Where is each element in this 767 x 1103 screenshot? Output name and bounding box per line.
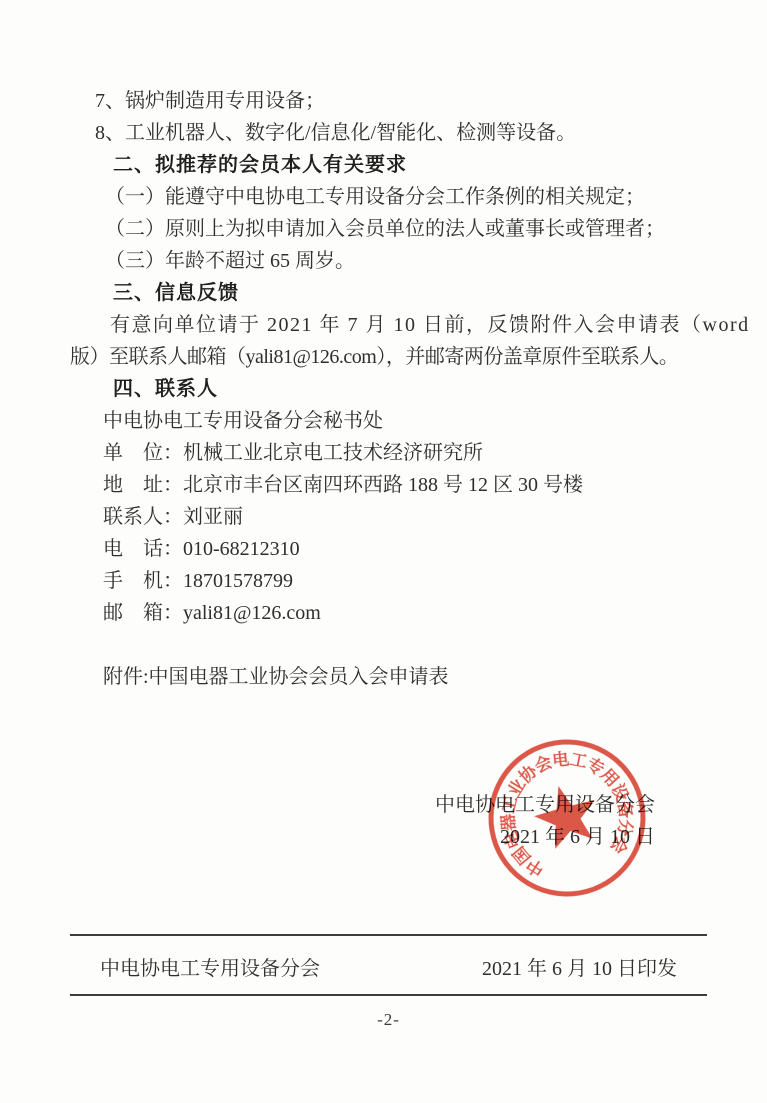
body-lines: 7、锅炉制造用专用设备；8、工业机器人、数字化/信息化/智能化、检测等设备。二、… <box>70 85 707 629</box>
footer-rule-bottom <box>70 994 707 996</box>
body-line-contact: 单 位：机械工业北京电工技术经济研究所 <box>70 437 707 469</box>
body-line-item: 8、工业机器人、数字化/信息化/智能化、检测等设备。 <box>70 117 707 149</box>
footer-print-date: 2021 年 6 月 10 日印发 <box>482 952 707 981</box>
body-line-heading: 四、联系人 <box>70 373 707 405</box>
seal-char: 器 <box>499 813 519 832</box>
body-line-item: 7、锅炉制造用专用设备； <box>70 85 707 117</box>
body-line-contact: 中电协电工专用设备分会秘书处 <box>70 405 707 437</box>
body-line-heading: 二、拟推荐的会员本人有关要求 <box>70 149 707 181</box>
body-line-flush: 版）至联系人邮箱（yali81@126.com），并邮寄两份盖章原件至联系人。 <box>70 341 707 373</box>
body-line-sub: （三）年龄不超过 65 周岁。 <box>70 245 707 277</box>
body-line-contact: 地 址：北京市丰台区南四环西路 188 号 12 区 30 号楼 <box>70 469 707 501</box>
body-line-para: 有意向单位请于 2021 年 7 月 10 日前，反馈附件入会申请表（word <box>70 309 707 341</box>
star-icon <box>528 778 604 852</box>
footer-row: 中电协电工专用设备分会 2021 年 6 月 10 日印发 <box>70 950 707 982</box>
attachment-line: 附件:中国电器工业协会会员入会申请表 <box>70 661 707 693</box>
page-number: -2- <box>70 1010 707 1030</box>
body-line-contact: 电 话：010-68212310 <box>70 533 707 565</box>
footer-rule-top <box>70 934 707 936</box>
seal-char: 备 <box>614 800 636 820</box>
body-line-contact: 手 机：18701578799 <box>70 565 707 597</box>
body-line-contact: 联系人：刘亚丽 <box>70 501 707 533</box>
seal-char: 电 <box>551 748 570 770</box>
body-line-heading: 三、信息反馈 <box>70 277 707 309</box>
body-line-sub: （一）能遵守中电协电工专用设备分会工作条例的相关规定； <box>70 181 707 213</box>
body-line-sub: （二）原则上为拟申请加入会员单位的法人或董事长或管理者； <box>70 213 707 245</box>
body-line-contact: 邮 箱：yali81@126.com <box>70 597 707 629</box>
document-page: 7、锅炉制造用专用设备；8、工业机器人、数字化/信息化/智能化、检测等设备。二、… <box>0 0 767 1103</box>
footer-issuer: 中电协电工专用设备分会 <box>70 952 320 981</box>
